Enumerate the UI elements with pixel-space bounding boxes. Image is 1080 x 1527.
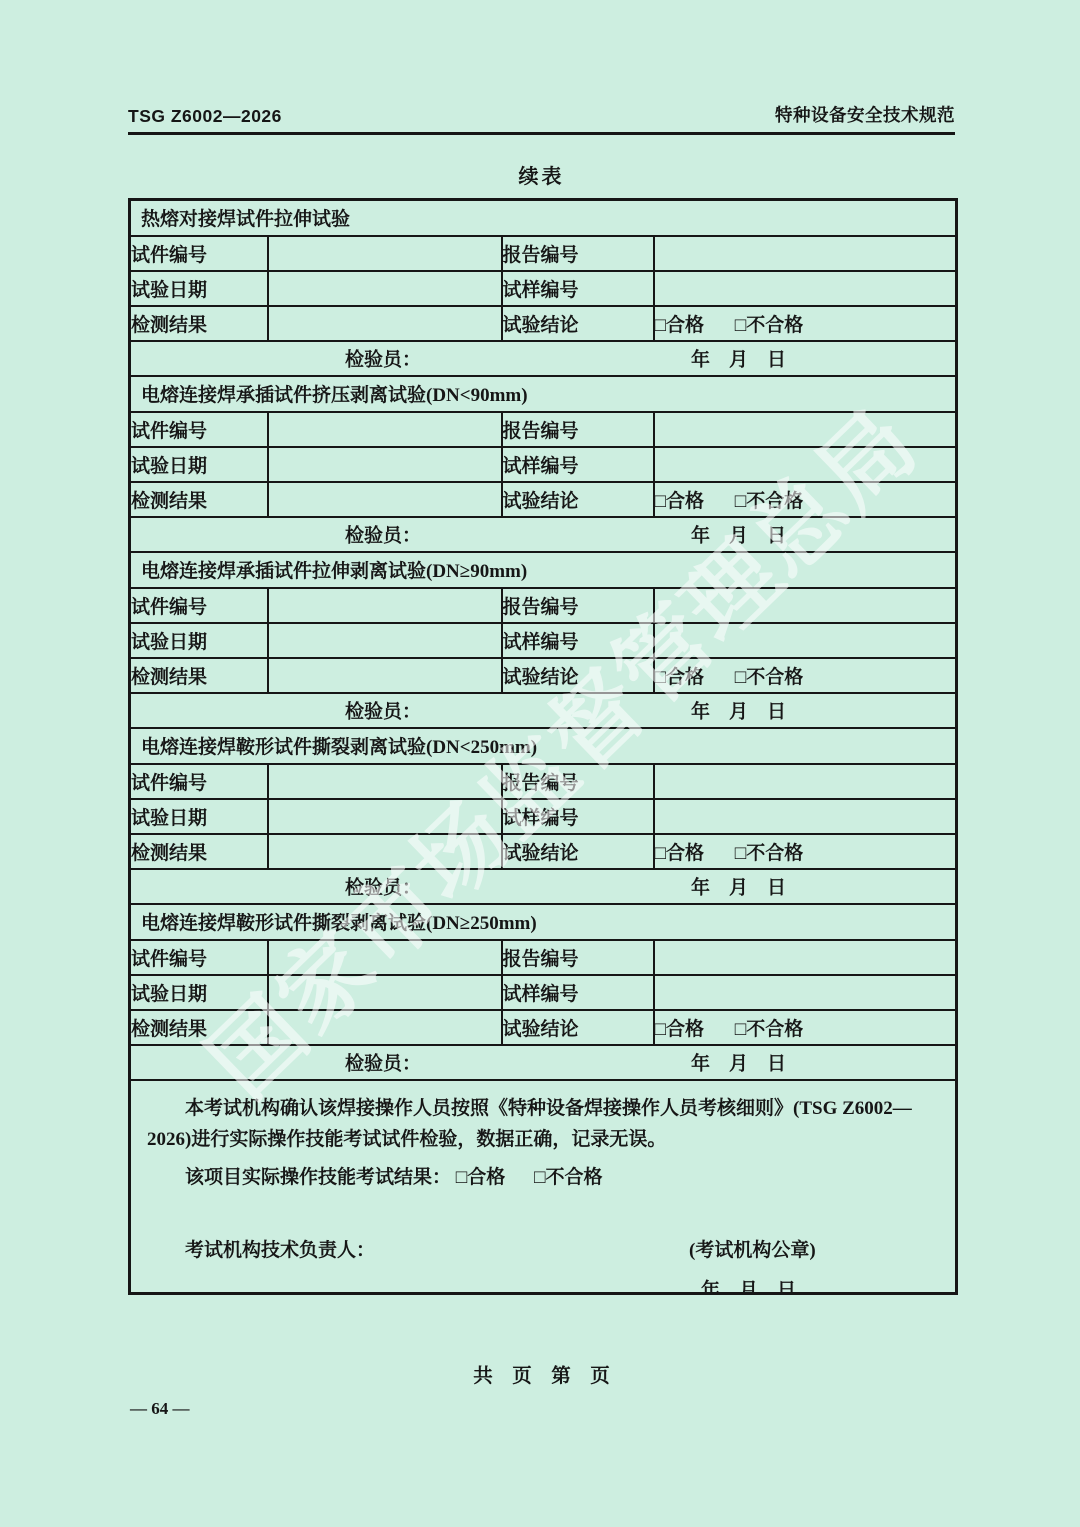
table-row: 试验日期 试样编号 — [130, 271, 957, 306]
sample-no-field — [654, 799, 957, 834]
conclusion-label: 试验结论 — [502, 482, 654, 517]
report-no-field — [654, 412, 957, 447]
specimen-no-label: 试件编号 — [130, 412, 268, 447]
result-line: 该项目实际操作技能考试结果： □合格 □不合格 — [147, 1162, 939, 1193]
inspector-cell: 检验员： 年 月 日 — [130, 1045, 957, 1080]
section-header-row: 热熔对接焊试件拉伸试验 — [130, 200, 957, 236]
report-no-field — [654, 764, 957, 799]
specimen-no-field — [268, 236, 502, 271]
test-date-field — [268, 799, 502, 834]
conclusion-label: 试验结论 — [502, 834, 654, 869]
table-row: 试验日期 试样编号 — [130, 447, 957, 482]
specimen-no-label: 试件编号 — [130, 236, 268, 271]
exam-record-table: 热熔对接焊试件拉伸试验 试件编号 报告编号 试验日期 试样编号 检测结果 试验结… — [128, 198, 958, 1295]
report-no-label: 报告编号 — [502, 236, 654, 271]
fail-checkbox-option: □不合格 — [735, 843, 803, 864]
date-blank: 年 月 日 — [691, 873, 786, 900]
test-result-label: 检测结果 — [130, 306, 268, 341]
table-row: 试件编号 报告编号 — [130, 764, 957, 799]
conclusion-label: 试验结论 — [502, 1010, 654, 1045]
fail-checkbox-option: □不合格 — [735, 1019, 803, 1040]
test-date-label: 试验日期 — [130, 271, 268, 306]
fail-checkbox-option: □不合格 — [735, 491, 803, 512]
report-no-label: 报告编号 — [502, 940, 654, 975]
test-date-field — [268, 447, 502, 482]
table-row: 试验日期 试样编号 — [130, 975, 957, 1010]
test-result-field — [268, 834, 502, 869]
table-caption: 续表 — [128, 160, 955, 189]
conclusion-label: 试验结论 — [502, 306, 654, 341]
test-result-field — [268, 658, 502, 693]
specimen-no-label: 试件编号 — [130, 940, 268, 975]
date-blank: 年 月 日 — [691, 1049, 786, 1076]
specimen-no-field — [268, 412, 502, 447]
test-date-label: 试验日期 — [130, 799, 268, 834]
conclusion-options: □合格 □不合格 — [654, 482, 957, 517]
inspector-label: 检验员： — [345, 873, 421, 900]
table-row: 试件编号 报告编号 — [130, 412, 957, 447]
section-header-row: 电熔连接焊承插试件拉伸剥离试验(DN≥90mm) — [130, 552, 957, 588]
inspector-row: 检验员： 年 月 日 — [130, 517, 957, 552]
doc-title: 特种设备安全技术规范 — [775, 102, 955, 127]
table-row: 检测结果 试验结论 □合格 □不合格 — [130, 658, 957, 693]
table-row: 检测结果 试验结论 □合格 □不合格 — [130, 1010, 957, 1045]
report-no-label: 报告编号 — [502, 764, 654, 799]
section-header-row: 电熔连接焊鞍形试件撕裂剥离试验(DN≥250mm) — [130, 904, 957, 940]
inspector-label: 检验员： — [345, 697, 421, 724]
report-no-field — [654, 588, 957, 623]
result-prefix: 该项目实际操作技能考试结果： — [185, 1167, 451, 1188]
pass-checkbox-option: □合格 — [655, 315, 704, 336]
date-blank: 年 月 日 — [691, 345, 786, 372]
pass-checkbox-option: □合格 — [655, 1019, 704, 1040]
table-row: 检测结果 试验结论 □合格 □不合格 — [130, 482, 957, 517]
sample-no-field — [654, 623, 957, 658]
sample-no-label: 试样编号 — [502, 623, 654, 658]
table-row: 试件编号 报告编号 — [130, 940, 957, 975]
specimen-no-label: 试件编号 — [130, 588, 268, 623]
inspector-cell: 检验员： 年 月 日 — [130, 517, 957, 552]
section-title: 电熔连接焊承插试件拉伸剥离试验(DN≥90mm) — [130, 552, 957, 588]
inspector-cell: 检验员： 年 月 日 — [130, 341, 957, 376]
specimen-no-label: 试件编号 — [130, 764, 268, 799]
fail-checkbox-option: □不合格 — [534, 1167, 602, 1188]
test-date-label: 试验日期 — [130, 447, 268, 482]
report-no-label: 报告编号 — [502, 588, 654, 623]
conclusion-options: □合格 □不合格 — [654, 834, 957, 869]
section-title: 电熔连接焊鞍形试件撕裂剥离试验(DN≥250mm) — [130, 904, 957, 940]
confirmation-row: 本考试机构确认该焊接操作人员按照《特种设备焊接操作人员考核细则》(TSG Z60… — [130, 1080, 957, 1294]
specimen-no-field — [268, 940, 502, 975]
conclusion-options: □合格 □不合格 — [654, 1010, 957, 1045]
inspector-row: 检验员： 年 月 日 — [130, 693, 957, 728]
table-row: 检测结果 试验结论 □合格 □不合格 — [130, 306, 957, 341]
report-no-field — [654, 940, 957, 975]
test-result-field — [268, 482, 502, 517]
inspector-cell: 检验员： 年 月 日 — [130, 693, 957, 728]
doc-code: TSG Z6002—2026 — [128, 106, 282, 127]
date-blank: 年 月 日 — [701, 1275, 796, 1294]
report-no-label: 报告编号 — [502, 412, 654, 447]
test-result-field — [268, 1010, 502, 1045]
confirmation-paragraph: 本考试机构确认该焊接操作人员按照《特种设备焊接操作人员考核细则》(TSG Z60… — [147, 1093, 939, 1155]
test-result-label: 检测结果 — [130, 482, 268, 517]
inspector-label: 检验员： — [345, 345, 421, 372]
sample-no-label: 试样编号 — [502, 271, 654, 306]
confirmation-cell: 本考试机构确认该焊接操作人员按照《特种设备焊接操作人员考核细则》(TSG Z60… — [130, 1080, 957, 1294]
sample-no-field — [654, 271, 957, 306]
fail-checkbox-option: □不合格 — [735, 667, 803, 688]
inspector-row: 检验员： 年 月 日 — [130, 869, 957, 904]
document-page: TSG Z6002—2026 特种设备安全技术规范 续表 热熔对接焊试件拉伸试验… — [0, 0, 1080, 1527]
section-title: 电熔连接焊承插试件挤压剥离试验(DN<90mm) — [130, 376, 957, 412]
date-blank: 年 月 日 — [691, 521, 786, 548]
running-header: TSG Z6002—2026 特种设备安全技术规范 — [128, 102, 955, 135]
sample-no-field — [654, 975, 957, 1010]
test-result-label: 检测结果 — [130, 834, 268, 869]
signer-line: 考试机构技术负责人： — [147, 1235, 939, 1266]
section-title: 电熔连接焊鞍形试件撕裂剥离试验(DN<250mm) — [130, 728, 957, 764]
test-date-label: 试验日期 — [130, 623, 268, 658]
table-row: 试件编号 报告编号 — [130, 236, 957, 271]
inspector-cell: 检验员： 年 月 日 — [130, 869, 957, 904]
table-row: 试验日期 试样编号 — [130, 799, 957, 834]
test-date-field — [268, 271, 502, 306]
sample-no-label: 试样编号 — [502, 975, 654, 1010]
test-date-field — [268, 623, 502, 658]
inspector-row: 检验员： 年 月 日 — [130, 341, 957, 376]
sample-no-label: 试样编号 — [502, 447, 654, 482]
test-date-label: 试验日期 — [130, 975, 268, 1010]
pass-checkbox-option: □合格 — [655, 667, 704, 688]
section-header-row: 电熔连接焊承插试件挤压剥离试验(DN<90mm) — [130, 376, 957, 412]
page-number: — 64 — — [130, 1399, 190, 1419]
sample-no-field — [654, 447, 957, 482]
pages-line: 共 页 第 页 — [128, 1360, 955, 1388]
fail-checkbox-option: □不合格 — [735, 315, 803, 336]
pass-checkbox-option: □合格 — [655, 491, 704, 512]
specimen-no-field — [268, 764, 502, 799]
table-row: 试件编号 报告编号 — [130, 588, 957, 623]
signer-label: 考试机构技术负责人： — [185, 1240, 375, 1261]
pass-checkbox-option: □合格 — [456, 1167, 505, 1188]
inspector-label: 检验员： — [345, 521, 421, 548]
date-blank: 年 月 日 — [691, 697, 786, 724]
test-result-label: 检测结果 — [130, 658, 268, 693]
section-header-row: 电熔连接焊鞍形试件撕裂剥离试验(DN<250mm) — [130, 728, 957, 764]
specimen-no-field — [268, 588, 502, 623]
seal-label: (考试机构公章) — [689, 1235, 816, 1262]
test-result-label: 检测结果 — [130, 1010, 268, 1045]
table-row: 试验日期 试样编号 — [130, 623, 957, 658]
conclusion-options: □合格 □不合格 — [654, 658, 957, 693]
inspector-row: 检验员： 年 月 日 — [130, 1045, 957, 1080]
test-result-field — [268, 306, 502, 341]
report-no-field — [654, 236, 957, 271]
pass-checkbox-option: □合格 — [655, 843, 704, 864]
conclusion-label: 试验结论 — [502, 658, 654, 693]
test-date-field — [268, 975, 502, 1010]
table-row: 检测结果 试验结论 □合格 □不合格 — [130, 834, 957, 869]
inspector-label: 检验员： — [345, 1049, 421, 1076]
sample-no-label: 试样编号 — [502, 799, 654, 834]
conclusion-options: □合格 □不合格 — [654, 306, 957, 341]
section-title: 热熔对接焊试件拉伸试验 — [130, 200, 957, 236]
